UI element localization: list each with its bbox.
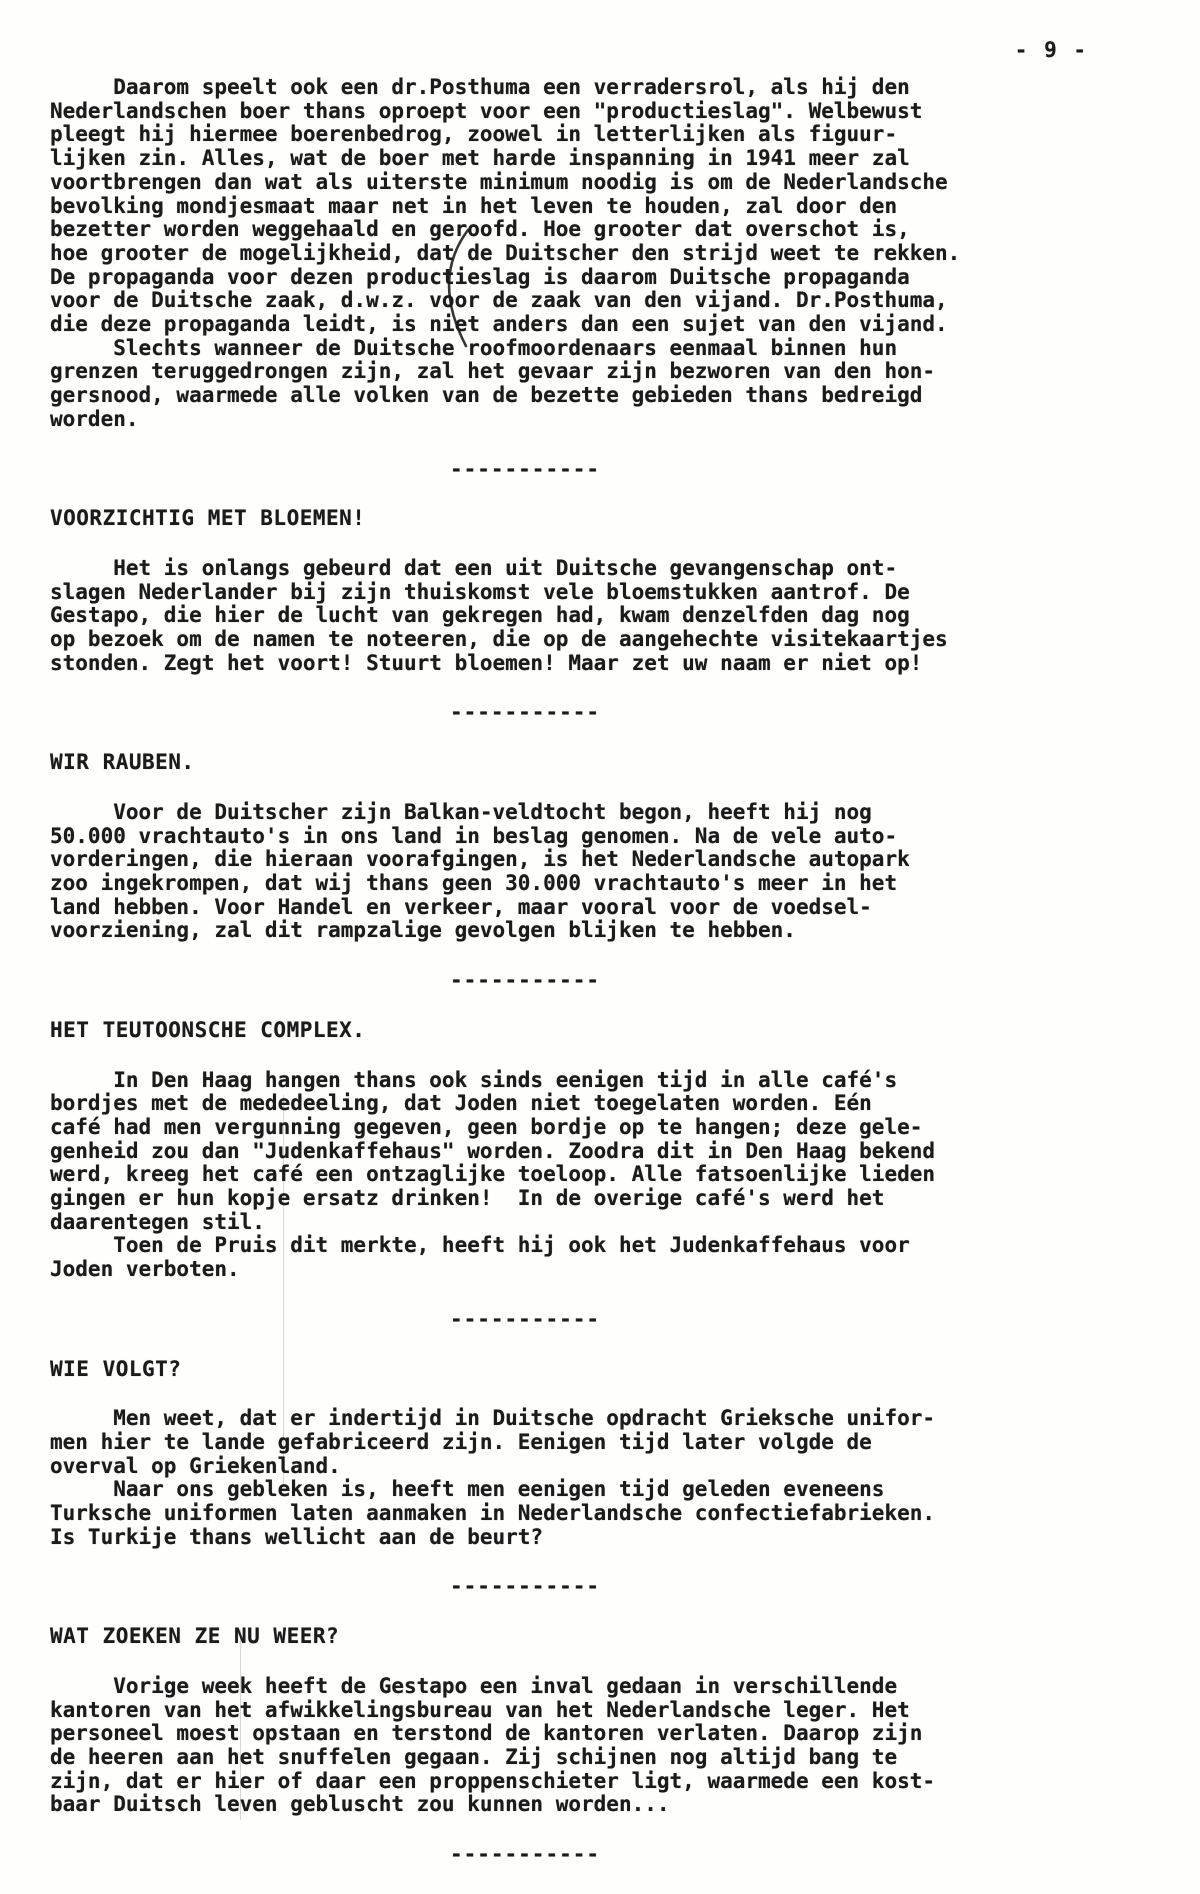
text-line: gingen er hun kopje ersatz drinken! In d…	[50, 1187, 1000, 1211]
text-line: In Den Haag hangen thans ook sinds eenig…	[50, 1069, 1000, 1093]
text-line: Gestapo, die hier de lucht van gekregen …	[50, 604, 1000, 628]
text-line: men hier te lande gefabriceerd zijn. Een…	[50, 1431, 1000, 1455]
text-line: op bezoek om de namen te noteeren, die o…	[50, 628, 1000, 652]
text-line: voor de Duitsche zaak, d.w.z. voor de za…	[50, 289, 1000, 313]
section-heading: VOORZICHTIG MET BLOEMEN!	[50, 507, 1000, 531]
text-line: bevolking mondjesmaat maar net in het le…	[50, 195, 1000, 219]
page-number: - 9 -	[1015, 38, 1088, 62]
section: WAT ZOEKEN ZE NU WEER? Vorige week heeft…	[50, 1625, 1000, 1867]
text-line: werd, kreeg het café een ontzaglijke toe…	[50, 1163, 1000, 1187]
section-divider: -----------	[50, 1308, 1000, 1332]
section: VOORZICHTIG MET BLOEMEN! Het is onlangs …	[50, 507, 1000, 725]
text-line: worden.	[50, 408, 1000, 432]
text-line: Toen de Pruis dit merkte, heeft hij ook …	[50, 1234, 1000, 1258]
text-line: Joden verboten.	[50, 1258, 1000, 1282]
section-divider: -----------	[50, 458, 1000, 482]
section: HET TEUTOONSCHE COMPLEX. In Den Haag han…	[50, 1019, 1000, 1332]
paragraph: Daarom speelt ook een dr.Posthuma een ve…	[50, 76, 1000, 337]
text-line: de heeren aan het snuffelen gegaan. Zij …	[50, 1746, 1000, 1770]
text-line: café had men vergunning gegeven, geen bo…	[50, 1116, 1000, 1140]
text-line: Is Turkije thans wellicht aan de beurt?	[50, 1526, 1000, 1550]
text-line: lijken zin. Alles, wat de boer met harde…	[50, 147, 1000, 171]
section-divider: -----------	[50, 1843, 1000, 1867]
section-heading: WIE VOLGT?	[50, 1358, 1000, 1382]
paragraph: Voor de Duitscher zijn Balkan-veldtocht …	[50, 801, 1000, 943]
text-line: Men weet, dat er indertijd in Duitsche o…	[50, 1407, 1000, 1431]
text-line: Naar ons gebleken is, heeft men eenigen …	[50, 1478, 1000, 1502]
paragraph: Naar ons gebleken is, heeft men eenigen …	[50, 1478, 1000, 1549]
text-line: personeel moest opstaan en terstond de k…	[50, 1722, 1000, 1746]
section-divider: -----------	[50, 969, 1000, 993]
text-line: pleegt hij hiermee boerenbedrog, zoowel …	[50, 123, 1000, 147]
paragraph: Men weet, dat er indertijd in Duitsche o…	[50, 1407, 1000, 1478]
section-divider: -----------	[50, 1575, 1000, 1599]
text-line: baar Duitsch leven gebluscht zou kunnen …	[50, 1793, 1000, 1817]
text-line: 50.000 vrachtauto's in ons land in besla…	[50, 825, 1000, 849]
paragraph: Toen de Pruis dit merkte, heeft hij ook …	[50, 1234, 1000, 1281]
section: Daarom speelt ook een dr.Posthuma een ve…	[50, 76, 1000, 481]
paragraph: Het is onlangs gebeurd dat een uit Duits…	[50, 557, 1000, 676]
text-line: die deze propaganda leidt, is niet ander…	[50, 313, 1000, 337]
text-line: Voor de Duitscher zijn Balkan-veldtocht …	[50, 801, 1000, 825]
text-line: kantoren van het afwikkelingsbureau van …	[50, 1699, 1000, 1723]
paragraph: Vorige week heeft de Gestapo een inval g…	[50, 1675, 1000, 1817]
text-line: hoe grooter de mogelijkheid, dat de Duit…	[50, 242, 1000, 266]
section: WIR RAUBEN. Voor de Duitscher zijn Balka…	[50, 751, 1000, 993]
text-line: overval op Griekenland.	[50, 1455, 1000, 1479]
section-heading: WAT ZOEKEN ZE NU WEER?	[50, 1625, 1000, 1649]
text-line: slagen Nederlander bij zijn thuiskomst v…	[50, 581, 1000, 605]
document-page: - 9 - Daarom speelt ook een dr.Posthuma …	[0, 0, 1200, 1894]
text-line: Daarom speelt ook een dr.Posthuma een ve…	[50, 76, 1000, 100]
text-line: Turksche uniformen laten aanmaken in Ned…	[50, 1502, 1000, 1526]
section: WIE VOLGT? Men weet, dat er indertijd in…	[50, 1358, 1000, 1600]
text-line: Nederlandschen boer thans oproept voor e…	[50, 100, 1000, 124]
document-content: Daarom speelt ook een dr.Posthuma een ve…	[50, 76, 1000, 1867]
section-divider: -----------	[50, 701, 1000, 725]
text-line: grenzen teruggedrongen zijn, zal het gev…	[50, 360, 1000, 384]
text-line: land hebben. Voor Handel en verkeer, maa…	[50, 896, 1000, 920]
text-line: stonden. Zegt het voort! Stuurt bloemen!…	[50, 652, 1000, 676]
paragraph: Slechts wanneer de Duitsche roofmoordena…	[50, 337, 1000, 432]
text-line: daarentegen stil.	[50, 1211, 1000, 1235]
paragraph: In Den Haag hangen thans ook sinds eenig…	[50, 1069, 1000, 1235]
text-line: voortbrengen dan wat als uiterste minimu…	[50, 171, 1000, 195]
text-line: voorziening, zal dit rampzalige gevolgen…	[50, 919, 1000, 943]
text-line: vorderingen, die hieraan voorafgingen, i…	[50, 848, 1000, 872]
text-line: genheid zou dan "Judenkaffehaus" worden.…	[50, 1140, 1000, 1164]
text-line: Het is onlangs gebeurd dat een uit Duits…	[50, 557, 1000, 581]
text-line: Slechts wanneer de Duitsche roofmoordena…	[50, 337, 1000, 361]
text-line: bordjes met de mededeeling, dat Joden ni…	[50, 1092, 1000, 1116]
text-line: De propaganda voor dezen productieslag i…	[50, 266, 1000, 290]
text-line: zijn, dat er hier of daar een proppensch…	[50, 1770, 1000, 1794]
text-line: bezetter worden weggehaald en geroofd. H…	[50, 218, 1000, 242]
section-heading: HET TEUTOONSCHE COMPLEX.	[50, 1019, 1000, 1043]
section-heading: WIR RAUBEN.	[50, 751, 1000, 775]
text-line: gersnood, waarmede alle volken van de be…	[50, 384, 1000, 408]
text-line: zoo ingekrompen, dat wij thans geen 30.0…	[50, 872, 1000, 896]
text-line: Vorige week heeft de Gestapo een inval g…	[50, 1675, 1000, 1699]
